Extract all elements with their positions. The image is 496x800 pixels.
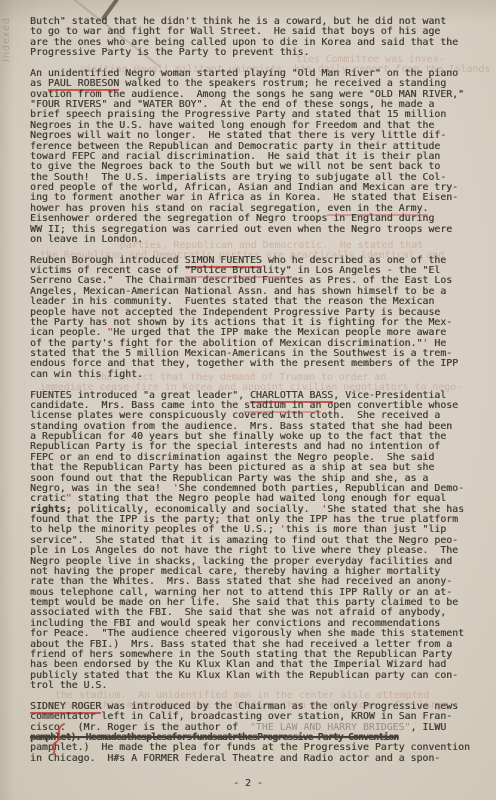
text-line: ican people. "He urged that the IPP make… (30, 327, 482, 337)
text-line: not having the proper medical care, ther… (30, 566, 482, 576)
text-segment: can win this fight. (30, 369, 143, 380)
text-line: standing ovation from the audience. Mrs.… (30, 421, 482, 431)
text-segment: associated with the FBI. She said that s… (30, 607, 446, 618)
text-line: in Chicago. H#s A FORMER Federal Theatre… (30, 753, 482, 763)
text-line: Negroes will wait no longer. He stated t… (30, 130, 482, 140)
text-segment: commentator left in Calif, broadcasting … (30, 711, 452, 722)
text-segment: FUENTES introduced "a great leader", (30, 390, 250, 401)
text-segment: trol the U.S. (30, 680, 107, 691)
text-segment: leader in his community. Fuentes stated … (30, 296, 434, 307)
text-line: commentator left in Calif, broadcasting … (30, 711, 482, 721)
text-segment: Negro people live in shacks, lacking the… (30, 556, 452, 567)
text-line: the South! The U.S. imperialists are try… (30, 172, 482, 182)
text-line: Progressive Party is the Party to preven… (30, 47, 482, 57)
text-segment: for Peace. "The audience cheered vigorou… (30, 628, 464, 639)
red-pen-mark-icon (49, 722, 69, 756)
text-line: ored people of the world, African, Asian… (30, 182, 482, 192)
text-segment: ovation from the audience. Among the son… (30, 89, 464, 100)
text-segment: stating that the Negro people had waited… (72, 493, 447, 504)
text-line: on leave in London. (30, 234, 482, 244)
text-segment: , Vice-Presidential (333, 390, 446, 401)
text-line: Republican Party is for the special inte… (30, 441, 482, 451)
text-line: associated with the FBI. She said that s… (30, 607, 482, 617)
text-line: Serreno Case." The Chairman described Fu… (30, 275, 482, 285)
text-line: pamphlet). Heemadeathesplesaforsfundsaat… (30, 732, 482, 742)
text-line: toward FEPC and racial discrimination. H… (30, 151, 482, 161)
text-line: WW II; this segregation was carried out … (30, 224, 482, 234)
text-line: ovation from the audience. Among the son… (30, 89, 482, 99)
text-segment: to give the Negroes back to the South bu… (30, 161, 440, 172)
text-segment: Progressive Party is the Party to preven… (30, 47, 309, 58)
text-line: Eisenhower ordered the segregation of Ne… (30, 213, 482, 223)
text-line: license plates were conspicuously covere… (30, 410, 482, 420)
text-line: FUENTES introduced "a great leader", CHA… (30, 390, 482, 400)
text-segment: that the Republican Party has been pictu… (30, 462, 434, 473)
text-segment: rate than the Whites. Mrs. Bass stated t… (30, 576, 452, 587)
text-segment: in Chicago. H#s A FORMER Federal Theatre… (30, 753, 440, 764)
text-segment: people have not accepted the Independent… (30, 307, 440, 318)
text-line: SIDNEY ROGER was introduced by the Chair… (30, 701, 482, 711)
text-line: mous telephone call, warning her not to … (30, 587, 482, 597)
text-line: as PAUL ROBESON walked to the speakers r… (30, 78, 482, 88)
text-line: FEPC or an end to discrimination against… (30, 452, 482, 462)
text-line: Negro people live in shacks, lacking the… (30, 556, 482, 566)
text-line: Reuben Borough introduced SIMON FUENTES … (30, 255, 482, 265)
text-line: An unidentified Negro woman started play… (30, 68, 482, 78)
text-segment: , ILWU (411, 722, 447, 733)
text-line: are the ones who are being called upon t… (30, 37, 482, 47)
text-line: including the FBI and would speak her co… (30, 618, 482, 628)
text-segment: of the party's fight for the abolition o… (30, 338, 422, 349)
text-line: tempt would be made on her life. She sai… (30, 597, 482, 607)
text-line: that the Republican Party has been pictu… (30, 462, 482, 472)
paragraph: FUENTES introduced "a great leader", CHA… (30, 390, 482, 691)
paragraph: An unidentified Negro woman started play… (30, 68, 482, 244)
text-segment: Reuben Borough introduced (30, 255, 185, 266)
text-line: friend of hers somewhere in the South st… (30, 649, 482, 659)
text-segment: ican people. (30, 327, 107, 338)
text-line: ple in Los Angeles do not have the right… (30, 545, 482, 555)
text-segment: He (428, 338, 446, 349)
text-segment: Serreno Case." The Chairman described Fu… (30, 275, 452, 286)
text-line: candidate. Mrs. Bass came into the stadi… (30, 400, 482, 410)
text-line: Negroes in the U.S. have waited long eno… (30, 120, 482, 130)
text-line: found that the IPP is the party; that on… (30, 514, 482, 524)
text-line: has been endorsed by the Ku Klux Klan an… (30, 659, 482, 669)
text-segment: endous force and that they, together wit… (30, 358, 458, 369)
text-segment: He urged that the IPP make the Mexican p… (113, 327, 446, 338)
page-edge-shading (0, 0, 14, 800)
text-line: of the party's fight for the abolition o… (30, 338, 482, 348)
text-segment: the South! The U.S. imperialists are try… (30, 172, 446, 183)
text-line: "FOUR RIVERS" and "WATER BOY". At the en… (30, 99, 482, 109)
text-segment: Negroes will wait no longer. He stated t… (30, 130, 446, 141)
text-segment: ference between the Republican and Democ… (30, 141, 440, 152)
paragraph: Reuben Borough introduced SIMON FUENTES … (30, 255, 482, 380)
text-line: rights; politically, economically and so… (30, 504, 482, 514)
text-line: to give the Negroes back to the South bu… (30, 161, 482, 171)
text-segment: to help the minority peoples of the U.S.… (30, 524, 280, 535)
text-line: hower has proven his stand on racial seg… (30, 203, 482, 213)
typewritten-body: Butch" stated that he didn't think he is… (30, 16, 482, 773)
text-segment: license plates were conspicuously covere… (30, 410, 440, 421)
text-line: pamphlet.) He made the plea for funds at… (30, 742, 482, 752)
text-line: for Peace. "The audience cheered vigorou… (30, 628, 482, 638)
text-segment: who he described as one of the (262, 255, 446, 266)
text-line: rate than the Whites. Mrs. Bass stated t… (30, 576, 482, 586)
text-segment: this is more than just "lip (286, 524, 447, 535)
faded-book-title: "THE LAW AND HARRY BRIDGES" (250, 722, 411, 733)
text-segment: ing to forment another war in Africa as … (30, 192, 458, 203)
text-line: a Republican for 40 years but she finall… (30, 431, 482, 441)
text-segment: ple in Los Angeles do not have the right… (30, 545, 458, 556)
text-segment: Eisenhower ordered the segregation of Ne… (30, 213, 434, 224)
paragraph: SIDNEY ROGER was introduced by the Chair… (30, 701, 482, 763)
margin-vertical-stamp-text: Indexed (1, 17, 12, 62)
text-line: cisco. (Mr. Roger is the author of "THE … (30, 722, 482, 732)
text-line: to help the minority peoples of the U.S.… (30, 524, 482, 534)
text-segment: brief speech praising the Progressive Pa… (30, 109, 446, 120)
text-segment: pamphlet.) He made the plea for funds at… (30, 742, 470, 753)
text-line: soon found out that the Republican Party… (30, 473, 482, 483)
text-segment: about the FBI.) Mrs. Bass stated that sh… (30, 639, 452, 650)
text-line: publicly stated that the Ku Klux Klan wi… (30, 670, 482, 680)
text-segment: to go to war and fight for Wall Street. … (30, 26, 440, 37)
text-line: ing to forment another war in Africa as … (30, 192, 482, 202)
paragraph: Butch" stated that he didn't think he is… (30, 16, 482, 58)
text-line: Negro, was in the sea! 'She condemned bo… (30, 483, 482, 493)
text-line: leader in his community. Fuentes stated … (30, 296, 482, 306)
text-line: trol the U.S. (30, 680, 482, 690)
text-line: Butch" stated that he didn't think he is… (30, 16, 482, 26)
scanned-document-page: ties Committee was inves-visiting Hawaii… (0, 0, 496, 800)
text-line: can win this fight. (30, 369, 482, 379)
text-segment: on leave in London. (30, 234, 143, 245)
text-line: brief speech praising the Progressive Pa… (30, 109, 482, 119)
text-line: Angeles, Mexican-American National Assn.… (30, 286, 482, 296)
text-line: service". She stated that it is amazing … (30, 535, 482, 545)
text-segment: walked to the speakers rostrum; he recei… (119, 78, 446, 89)
text-line: stated that the 5 million Mexican-Americ… (30, 348, 482, 358)
text-line: about the FBI.) Mrs. Bass stated that sh… (30, 639, 482, 649)
text-line: victims of recent case of "Police Brutal… (30, 265, 482, 275)
text-line: the Party has not shown by its actions t… (30, 317, 482, 327)
text-line: people have not accepted the Independent… (30, 307, 482, 317)
text-segment: soon found out that the Republican Party… (30, 473, 428, 484)
text-segment: Republican Party is for the special inte… (30, 441, 440, 452)
text-line: to go to war and fight for Wall Street. … (30, 26, 482, 36)
text-segment: WW II; this segregation was carried out … (30, 224, 452, 235)
text-line: endous force and that they, together wit… (30, 358, 482, 368)
text-segment: as (30, 78, 48, 89)
text-segment: cratic (30, 493, 66, 504)
page-number: - 2 - (0, 778, 496, 789)
text-line: cratic" stating that the Negro people ha… (30, 493, 482, 503)
text-line: ference between the Republican and Democ… (30, 141, 482, 151)
text-segment: has been endorsed by the Ku Klux Klan an… (30, 659, 446, 670)
